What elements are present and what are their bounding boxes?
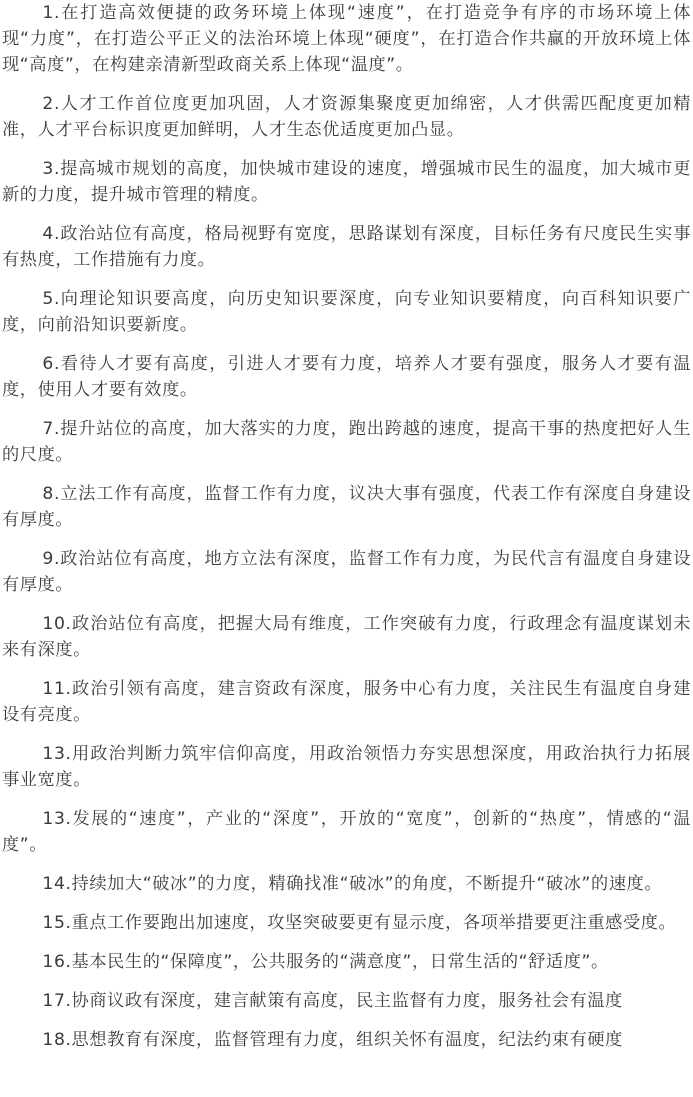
paragraph-15: 15.重点工作要跑出加速度，攻坚突破要更有显示度，各项举措要更注重感受度。 [2,910,691,936]
paragraph-16: 16.基本民生的“保障度”，公共服务的“满意度”，日常生活的“舒适度”。 [2,949,691,975]
paragraph-11: 11.政治引领有高度，建言资政有深度，服务中心有力度，关注民生有温度自身建设有亮… [2,676,691,728]
paragraph-9: 9.政治站位有高度，地方立法有深度，监督工作有力度，为民代言有温度自身建设有厚度… [2,546,691,598]
paragraph-4: 4.政治站位有高度，格局视野有宽度，思路谋划有深度，目标任务有尺度民生实事有热度… [2,221,691,273]
paragraph-18: 18.思想教育有深度，监督管理有力度，组织关怀有温度，纪法约束有硬度 [2,1027,691,1053]
paragraph-13a: 13.用政治判断力筑牢信仰高度，用政治领悟力夯实思想深度，用政治执行力拓展事业宽… [2,741,691,793]
paragraph-8: 8.立法工作有高度，监督工作有力度，议决大事有强度，代表工作有深度自身建设有厚度… [2,481,691,533]
paragraph-1: 1.在打造高效便捷的政务环境上体现“速度”，在打造竞争有序的市场环境上体现“力度… [2,0,691,78]
paragraph-3: 3.提高城市规划的高度，加快城市建设的速度，增强城市民生的温度，加大城市更新的力… [2,156,691,208]
paragraph-2: 2.人才工作首位度更加巩固，人才资源集聚度更加绵密，人才供需匹配度更加精准，人才… [2,91,691,143]
paragraph-10: 10.政治站位有高度，把握大局有维度，工作突破有力度，行政理念有温度谋划未来有深… [2,611,691,663]
paragraph-17: 17.协商议政有深度，建言献策有高度，民主监督有力度，服务社会有温度 [2,988,691,1014]
paragraph-6: 6.看待人才要有高度，引进人才要有力度，培养人才要有强度，服务人才要有温度，使用… [2,351,691,403]
paragraph-14: 14.持续加大“破冰”的力度，精确找准“破冰”的角度，不断提升“破冰”的速度。 [2,871,691,897]
article-body: 1.在打造高效便捷的政务环境上体现“速度”，在打造竞争有序的市场环境上体现“力度… [0,0,693,1053]
paragraph-5: 5.向理论知识要高度，向历史知识要深度，向专业知识要精度，向百科知识要广度，向前… [2,286,691,338]
paragraph-7: 7.提升站位的高度，加大落实的力度，跑出跨越的速度，提高干事的热度把好人生的尺度… [2,416,691,468]
paragraph-13b: 13.发展的“速度”，产业的“深度”，开放的“宽度”，创新的“热度”，情感的“温… [2,806,691,858]
